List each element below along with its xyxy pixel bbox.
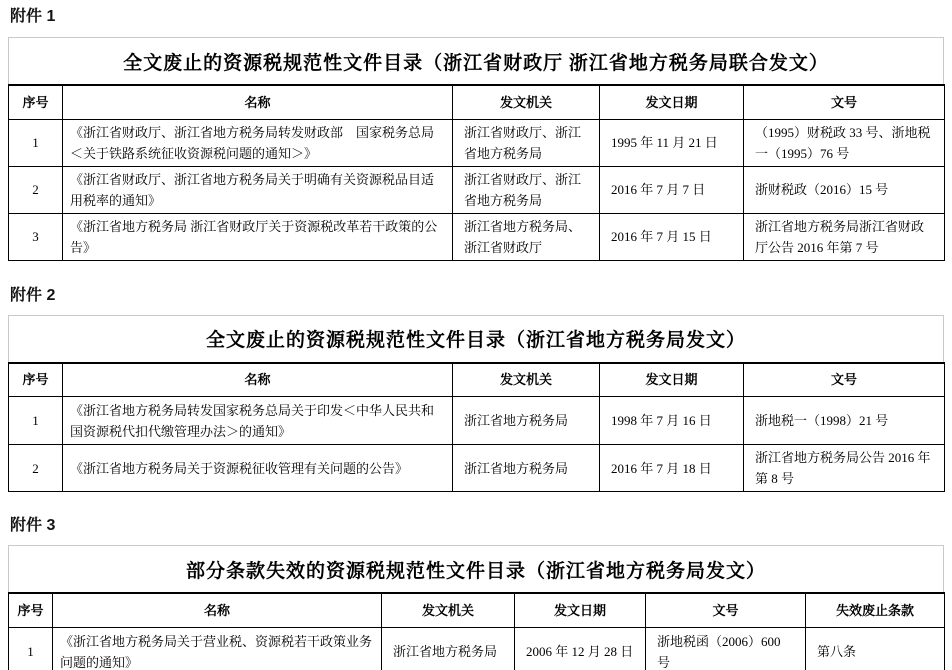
attachment-1-label: 附件 1 (10, 6, 952, 28)
table-row: 1 《浙江省地方税务局转发国家税务总局关于印发＜中华人民共和国资源税代扣代缴管理… (9, 397, 945, 445)
attachment-1-table-title: 全文废止的资源税规范性文件目录（浙江省财政厅 浙江省地方税务局联合发文） (8, 37, 944, 84)
cell-agency: 浙江省地方税务局、浙江省财政厅 (453, 213, 600, 260)
cell-agency: 浙江省地方税务局 (453, 445, 600, 492)
attachment-1-section: 附件 1 全文废止的资源税规范性文件目录（浙江省财政厅 浙江省地方税务局联合发文… (0, 6, 952, 261)
column-header-name: 名称 (63, 85, 453, 119)
header-row: 序号 名称 发文机关 发文日期 文号 失效废止条款 (9, 593, 945, 627)
column-header-name: 名称 (53, 593, 382, 627)
column-header-seq: 序号 (9, 363, 63, 397)
cell-seq: 2 (9, 166, 63, 213)
table-row: 1 《浙江省财政厅、浙江省地方税务局转发财政部 国家税务总局＜关于铁路系统征收资… (9, 119, 945, 166)
column-header-docno: 文号 (744, 363, 945, 397)
cell-docno: 浙江省地方税务局公告 2016 年第 8 号 (744, 445, 945, 492)
table-row: 2 《浙江省财政厅、浙江省地方税务局关于明确有关资源税品目适用税率的通知》 浙江… (9, 166, 945, 213)
attachment-1-table: 序号 名称 发文机关 发文日期 文号 1 《浙江省财政厅、浙江省地方税务局转发财… (8, 84, 945, 261)
column-header-invalid-clause: 失效废止条款 (806, 593, 945, 627)
attachment-2-section: 附件 2 全文废止的资源税规范性文件目录（浙江省地方税务局发文） 序号 名称 发… (0, 285, 952, 493)
table-row: 3 《浙江省地方税务局 浙江省财政厅关于资源税改革若干政策的公告》 浙江省地方税… (9, 213, 945, 260)
attachment-3-section: 附件 3 部分条款失效的资源税规范性文件目录（浙江省地方税务局发文） 序号 名称… (0, 515, 952, 670)
cell-date: 1998 年 7 月 16 日 (600, 397, 744, 445)
cell-name: 《浙江省地方税务局关于资源税征收管理有关问题的公告》 (63, 445, 453, 492)
cell-seq: 1 (9, 119, 63, 166)
cell-name: 《浙江省地方税务局转发国家税务总局关于印发＜中华人民共和国资源税代扣代缴管理办法… (63, 397, 453, 445)
header-row: 序号 名称 发文机关 发文日期 文号 (9, 85, 945, 119)
column-header-seq: 序号 (9, 85, 63, 119)
cell-date: 2006 年 12 月 28 日 (515, 627, 646, 670)
column-header-agency: 发文机关 (453, 363, 600, 397)
document-page: 附件 1 全文废止的资源税规范性文件目录（浙江省财政厅 浙江省地方税务局联合发文… (0, 0, 952, 670)
attachment-2-table-title: 全文废止的资源税规范性文件目录（浙江省地方税务局发文） (8, 315, 944, 362)
cell-seq: 1 (9, 627, 53, 670)
cell-seq: 3 (9, 213, 63, 260)
attachment-3-table-title: 部分条款失效的资源税规范性文件目录（浙江省地方税务局发文） (8, 545, 944, 592)
column-header-docno: 文号 (646, 593, 806, 627)
attachment-3-table: 序号 名称 发文机关 发文日期 文号 失效废止条款 1 《浙江省地方税务局关于营… (8, 592, 945, 670)
cell-seq: 2 (9, 445, 63, 492)
cell-agency: 浙江省地方税务局 (382, 627, 515, 670)
cell-invalid-clause: 第八条 (806, 627, 945, 670)
cell-docno: 浙地税函（2006）600 号 (646, 627, 806, 670)
attachment-3-label: 附件 3 (10, 515, 952, 537)
cell-date: 2016 年 7 月 7 日 (600, 166, 744, 213)
cell-docno: 浙江省地方税务局浙江省财政厅公告 2016 年第 7 号 (744, 213, 945, 260)
column-header-agency: 发文机关 (453, 85, 600, 119)
cell-docno: 浙地税一（1998）21 号 (744, 397, 945, 445)
header-row: 序号 名称 发文机关 发文日期 文号 (9, 363, 945, 397)
column-header-date: 发文日期 (600, 85, 744, 119)
cell-date: 1995 年 11 月 21 日 (600, 119, 744, 166)
column-header-agency: 发文机关 (382, 593, 515, 627)
cell-seq: 1 (9, 397, 63, 445)
column-header-name: 名称 (63, 363, 453, 397)
table-row: 2 《浙江省地方税务局关于资源税征收管理有关问题的公告》 浙江省地方税务局 20… (9, 445, 945, 492)
attachment-2-label: 附件 2 (10, 285, 952, 307)
cell-date: 2016 年 7 月 15 日 (600, 213, 744, 260)
cell-name: 《浙江省地方税务局关于营业税、资源税若干政策业务问题的通知》 (53, 627, 382, 670)
table-row: 1 《浙江省地方税务局关于营业税、资源税若干政策业务问题的通知》 浙江省地方税务… (9, 627, 945, 670)
cell-agency: 浙江省财政厅、浙江省地方税务局 (453, 166, 600, 213)
cell-name: 《浙江省财政厅、浙江省地方税务局关于明确有关资源税品目适用税率的通知》 (63, 166, 453, 213)
column-header-date: 发文日期 (600, 363, 744, 397)
attachment-1-table-block: 全文废止的资源税规范性文件目录（浙江省财政厅 浙江省地方税务局联合发文） 序号 … (8, 37, 944, 261)
column-header-docno: 文号 (744, 85, 945, 119)
attachment-2-table: 序号 名称 发文机关 发文日期 文号 1 《浙江省地方税务局转发国家税务总局关于… (8, 362, 945, 493)
cell-docno: 浙财税政（2016）15 号 (744, 166, 945, 213)
cell-docno: （1995）财税政 33 号、浙地税一（1995）76 号 (744, 119, 945, 166)
cell-name: 《浙江省财政厅、浙江省地方税务局转发财政部 国家税务总局＜关于铁路系统征收资源税… (63, 119, 453, 166)
cell-date: 2016 年 7 月 18 日 (600, 445, 744, 492)
column-header-date: 发文日期 (515, 593, 646, 627)
cell-name: 《浙江省地方税务局 浙江省财政厅关于资源税改革若干政策的公告》 (63, 213, 453, 260)
cell-agency: 浙江省财政厅、浙江省地方税务局 (453, 119, 600, 166)
cell-agency: 浙江省地方税务局 (453, 397, 600, 445)
attachment-2-table-block: 全文废止的资源税规范性文件目录（浙江省地方税务局发文） 序号 名称 发文机关 发… (8, 315, 944, 493)
column-header-seq: 序号 (9, 593, 53, 627)
attachment-3-table-block: 部分条款失效的资源税规范性文件目录（浙江省地方税务局发文） 序号 名称 发文机关… (8, 545, 944, 670)
